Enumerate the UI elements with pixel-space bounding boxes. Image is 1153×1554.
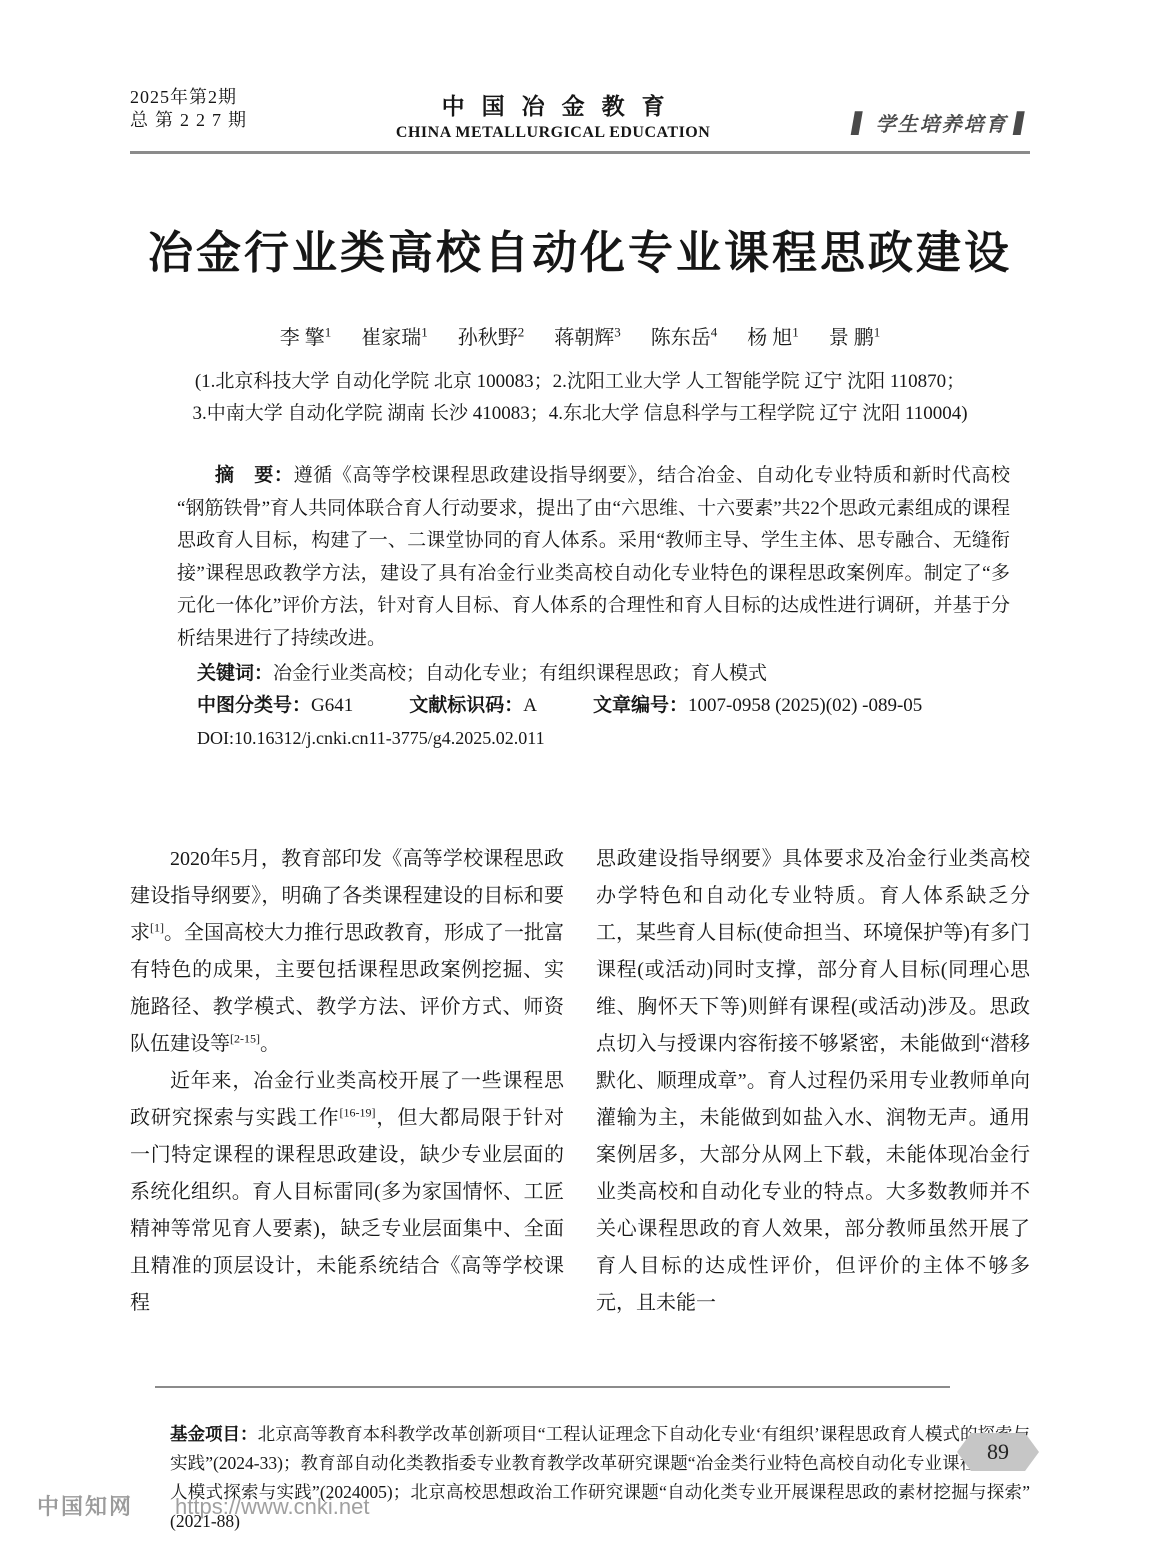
keywords-label: 关键词： <box>197 663 273 684</box>
clc-label: 中图分类号： <box>197 695 311 716</box>
abstract-text: 遵循《高等学校课程思政建设指导纲要》，结合冶金、自动化专业特质和新时代高校“钢筋… <box>177 465 1010 649</box>
journal-name-chinese: 中国冶金教育 <box>396 88 710 121</box>
abstract-block: 摘 要：遵循《高等学校课程思政建设指导纲要》，结合冶金、自动化专业特质和新时代高… <box>177 460 1010 655</box>
doc-code-value: A <box>523 695 537 716</box>
keywords-line: 关键词：冶金行业类高校；自动化专业；有组织课程思政；育人模式 <box>197 659 1010 689</box>
abstract-label: 摘 要： <box>215 465 294 486</box>
section-column-tag: ▌ 学生培养培育 ▌ <box>853 108 1030 137</box>
author-affiliation-sup: 1 <box>421 324 428 339</box>
article-id-label: 文章编号： <box>593 695 688 716</box>
author-affiliation-sup: 1 <box>325 324 332 339</box>
author-affiliation-sup: 1 <box>792 324 799 339</box>
affiliation-line: 3.中南大学 自动化学院 湖南 长沙 410083；4.东北大学 信息科学与工程… <box>130 398 1030 430</box>
classification-line: 中图分类号：G641 文献标识码：A 文章编号：1007-0958 (2025)… <box>197 691 1010 721</box>
article-title: 冶金行业类高校自动化专业课程思政建设 <box>130 216 1030 281</box>
body-paragraph: 近年来，冶金行业类高校开展了一些课程思政研究探索与实践工作[16-19]，但大都… <box>130 1063 564 1322</box>
cnki-site-url[interactable]: https://www.cnki.net <box>175 1494 369 1520</box>
right-bar-icon: ▌ <box>1013 113 1032 133</box>
doi-line: DOI:10.16312/j.cnki.cn11-3775/g4.2025.02… <box>197 723 1010 753</box>
header-divider <box>130 151 1030 154</box>
journal-header: 2025年第2期 总第227期 中国冶金教育 CHINA METALLURGIC… <box>130 86 1030 142</box>
issue-number: 2025年第2期 <box>130 86 253 109</box>
affiliations: (1.北京科技大学 自动化学院 北京 100083；2.沈阳工业大学 人工智能学… <box>130 366 1030 430</box>
journal-name-english: CHINA METALLURGICAL EDUCATION <box>396 124 710 142</box>
left-bar-icon: ▌ <box>851 113 870 133</box>
article-body: 2020年5月，教育部印发《高等学校课程思政建设指导纲要》，明确了各类课程建设的… <box>130 841 1030 1322</box>
footnote-divider <box>155 1386 950 1388</box>
journal-name: 中国冶金教育 CHINA METALLURGICAL EDUCATION <box>396 88 710 142</box>
cnki-watermark: 中国知网 https://www.cnki.net <box>37 1490 369 1521</box>
author: 蒋朝辉3 <box>554 321 621 350</box>
citation-reference: [1] <box>150 920 164 934</box>
issue-info: 2025年第2期 总第227期 <box>130 86 253 132</box>
author: 孙秋野2 <box>458 321 525 350</box>
clc-pair: 中图分类号：G641 <box>197 691 353 721</box>
body-paragraph: 思政建设指导纲要》具体要求及冶金行业类高校办学特色和自动化专业特质。育人体系缺乏… <box>596 841 1030 1322</box>
left-column: 2020年5月，教育部印发《高等学校课程思政建设指导纲要》，明确了各类课程建设的… <box>130 841 564 1322</box>
author: 景 鹏1 <box>829 321 881 350</box>
author-affiliation-sup: 4 <box>711 324 718 339</box>
citation-reference: [16-19] <box>339 1105 375 1119</box>
page-number-badge: 89 <box>957 1433 1039 1471</box>
author-affiliation-sup: 1 <box>874 324 881 339</box>
section-column-label: 学生培养培育 <box>876 108 1008 137</box>
cumulative-issue-number: 总第227期 <box>130 109 253 132</box>
keywords-text: 冶金行业类高校；自动化专业；有组织课程思政；育人模式 <box>273 663 767 684</box>
author-list: 李 擎1 崔家瑞1 孙秋野2 蒋朝辉3 陈东岳4 杨 旭1 景 鹏1 <box>130 321 1030 350</box>
author: 崔家瑞1 <box>361 321 428 350</box>
author: 杨 旭1 <box>747 321 799 350</box>
article-id-value: 1007-0958 (2025)(02) -089-05 <box>688 695 922 716</box>
right-column: 思政建设指导纲要》具体要求及冶金行业类高校办学特色和自动化专业特质。育人体系缺乏… <box>596 841 1030 1322</box>
citation-reference: [2-15] <box>230 1031 260 1045</box>
clc-value: G641 <box>311 695 353 716</box>
cnki-site-name: 中国知网 <box>37 1490 133 1521</box>
article-id-pair: 文章编号：1007-0958 (2025)(02) -089-05 <box>593 691 922 721</box>
doc-code-label: 文献标识码： <box>409 695 523 716</box>
author: 陈东岳4 <box>651 321 718 350</box>
paper-page: 2025年第2期 总第227期 中国冶金教育 CHINA METALLURGIC… <box>0 0 1153 1536</box>
author-affiliation-sup: 2 <box>518 324 525 339</box>
author: 李 擎1 <box>280 321 332 350</box>
doc-code-pair: 文献标识码：A <box>409 691 537 721</box>
affiliation-line: (1.北京科技大学 自动化学院 北京 100083；2.沈阳工业大学 人工智能学… <box>130 366 1030 398</box>
page-number: 89 <box>987 1439 1009 1465</box>
body-paragraph: 2020年5月，教育部印发《高等学校课程思政建设指导纲要》，明确了各类课程建设的… <box>130 841 564 1063</box>
author-affiliation-sup: 3 <box>614 324 621 339</box>
funding-label: 基金项目： <box>170 1424 258 1444</box>
abstract-paragraph: 摘 要：遵循《高等学校课程思政建设指导纲要》，结合冶金、自动化专业特质和新时代高… <box>177 460 1010 655</box>
